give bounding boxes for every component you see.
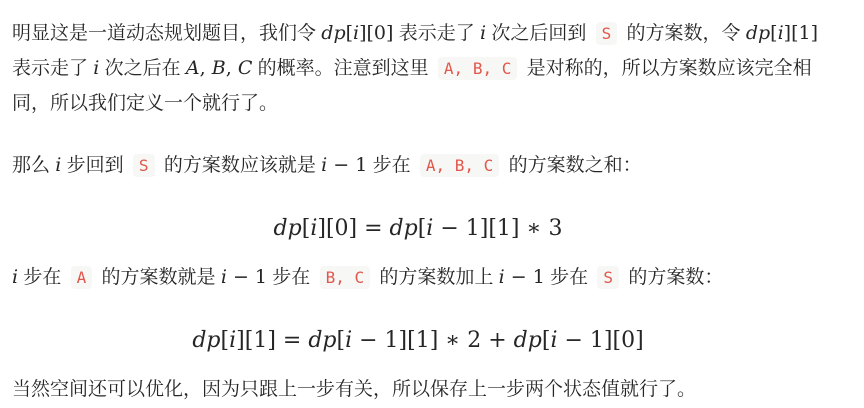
math-display-run: dp <box>390 216 418 241</box>
formula-2: dp[i][1] = dp[i − 1][1] ∗ 2 + dp[i − 1][… <box>12 322 824 358</box>
paragraph-4: 当然空间还可以优化，因为只跟上一步有关，所以保存上一步两个状态值就行了。 <box>12 372 824 407</box>
text-run: 表示走了 <box>393 23 480 44</box>
math-inline-run: − 1 <box>227 266 267 288</box>
math-display-run: [ <box>337 328 346 353</box>
inline-code-chip: S <box>597 266 619 289</box>
math-inline-run: , <box>226 57 238 79</box>
inline-code-chip: S <box>133 154 155 177</box>
text-run: 步回到 <box>61 155 129 176</box>
text-run: 的方案数就是 <box>96 267 221 288</box>
math-display-run: ][1] = <box>236 328 308 353</box>
math-inline-run: C <box>238 57 253 79</box>
math-display-run: [ <box>221 328 230 353</box>
math-inline-run: [ <box>346 22 353 44</box>
text-run: 的方案数： <box>623 267 723 288</box>
text-run: 步在 <box>367 155 416 176</box>
text-run: 表示走了 <box>12 58 93 79</box>
math-inline-run: A <box>186 57 200 79</box>
paragraph-2: 那么 i 步回到 S 的方案数应该就是 i − 1 步在 A, B, C 的方案… <box>12 148 824 183</box>
text-run: 步在 <box>545 267 594 288</box>
inline-code-chip: B, C <box>320 266 371 289</box>
text-run: 的方案数加上 <box>374 267 499 288</box>
math-inline-run: ][1] <box>784 22 818 44</box>
article: 明显这是一道动态规划题目，我们令 dp[i][0] 表示走了 i 次之后回到 S… <box>0 0 864 407</box>
math-display-run: − 1][0] <box>557 328 643 353</box>
math-inline-run: , <box>200 57 212 79</box>
text-run: 那么 <box>12 155 55 176</box>
math-display-run: dp <box>274 216 302 241</box>
text-run: 次之后回到 <box>486 23 592 44</box>
math-inline-run: − 1 <box>505 266 545 288</box>
paragraph-1: 明显这是一道动态规划题目，我们令 dp[i][0] 表示走了 i 次之后回到 S… <box>12 16 824 121</box>
inline-code-chip: A, B, C <box>438 57 517 80</box>
inline-code-chip: A <box>71 266 93 289</box>
text-run: 的方案数应该就是 <box>159 155 322 176</box>
math-inline-run: ][0] <box>359 22 393 44</box>
inline-code-chip: S <box>596 22 618 45</box>
math-display-run: [ <box>418 216 427 241</box>
text-run: 的概率。注意到这里 <box>252 58 434 79</box>
math-inline-run: [ <box>770 22 777 44</box>
math-display-run: ][0] = <box>317 216 389 241</box>
text-run: 步在 <box>18 267 67 288</box>
paragraph-3: i 步在 A 的方案数就是 i − 1 步在 B, C 的方案数加上 i − 1… <box>12 260 824 295</box>
text-run: 步在 <box>267 267 316 288</box>
math-inline-run: − 1 <box>327 154 367 176</box>
math-inline-run: dp <box>321 22 345 44</box>
math-display-run: − 1][1] ∗ 2 + <box>352 328 514 353</box>
math-inline-run: dp <box>746 22 770 44</box>
text-run: 的方案数，令 <box>621 23 746 44</box>
formula-1: dp[i][0] = dp[i − 1][1] ∗ 3 <box>12 210 824 246</box>
inline-code-chip: A, B, C <box>420 154 499 177</box>
text-run: 的方案数之和： <box>503 155 641 176</box>
text-run: 次之后在 <box>99 58 186 79</box>
math-display-run: dp <box>308 328 336 353</box>
math-display-run: dp <box>514 328 542 353</box>
math-inline-run: B <box>212 57 226 79</box>
math-display-run: dp <box>192 328 220 353</box>
text-run: 当然空间还可以优化，因为只跟上一步有关，所以保存上一步两个状态值就行了。 <box>12 379 696 400</box>
math-display-run: − 1][1] ∗ 3 <box>433 216 562 241</box>
text-run: 明显这是一道动态规划题目，我们令 <box>12 23 321 44</box>
